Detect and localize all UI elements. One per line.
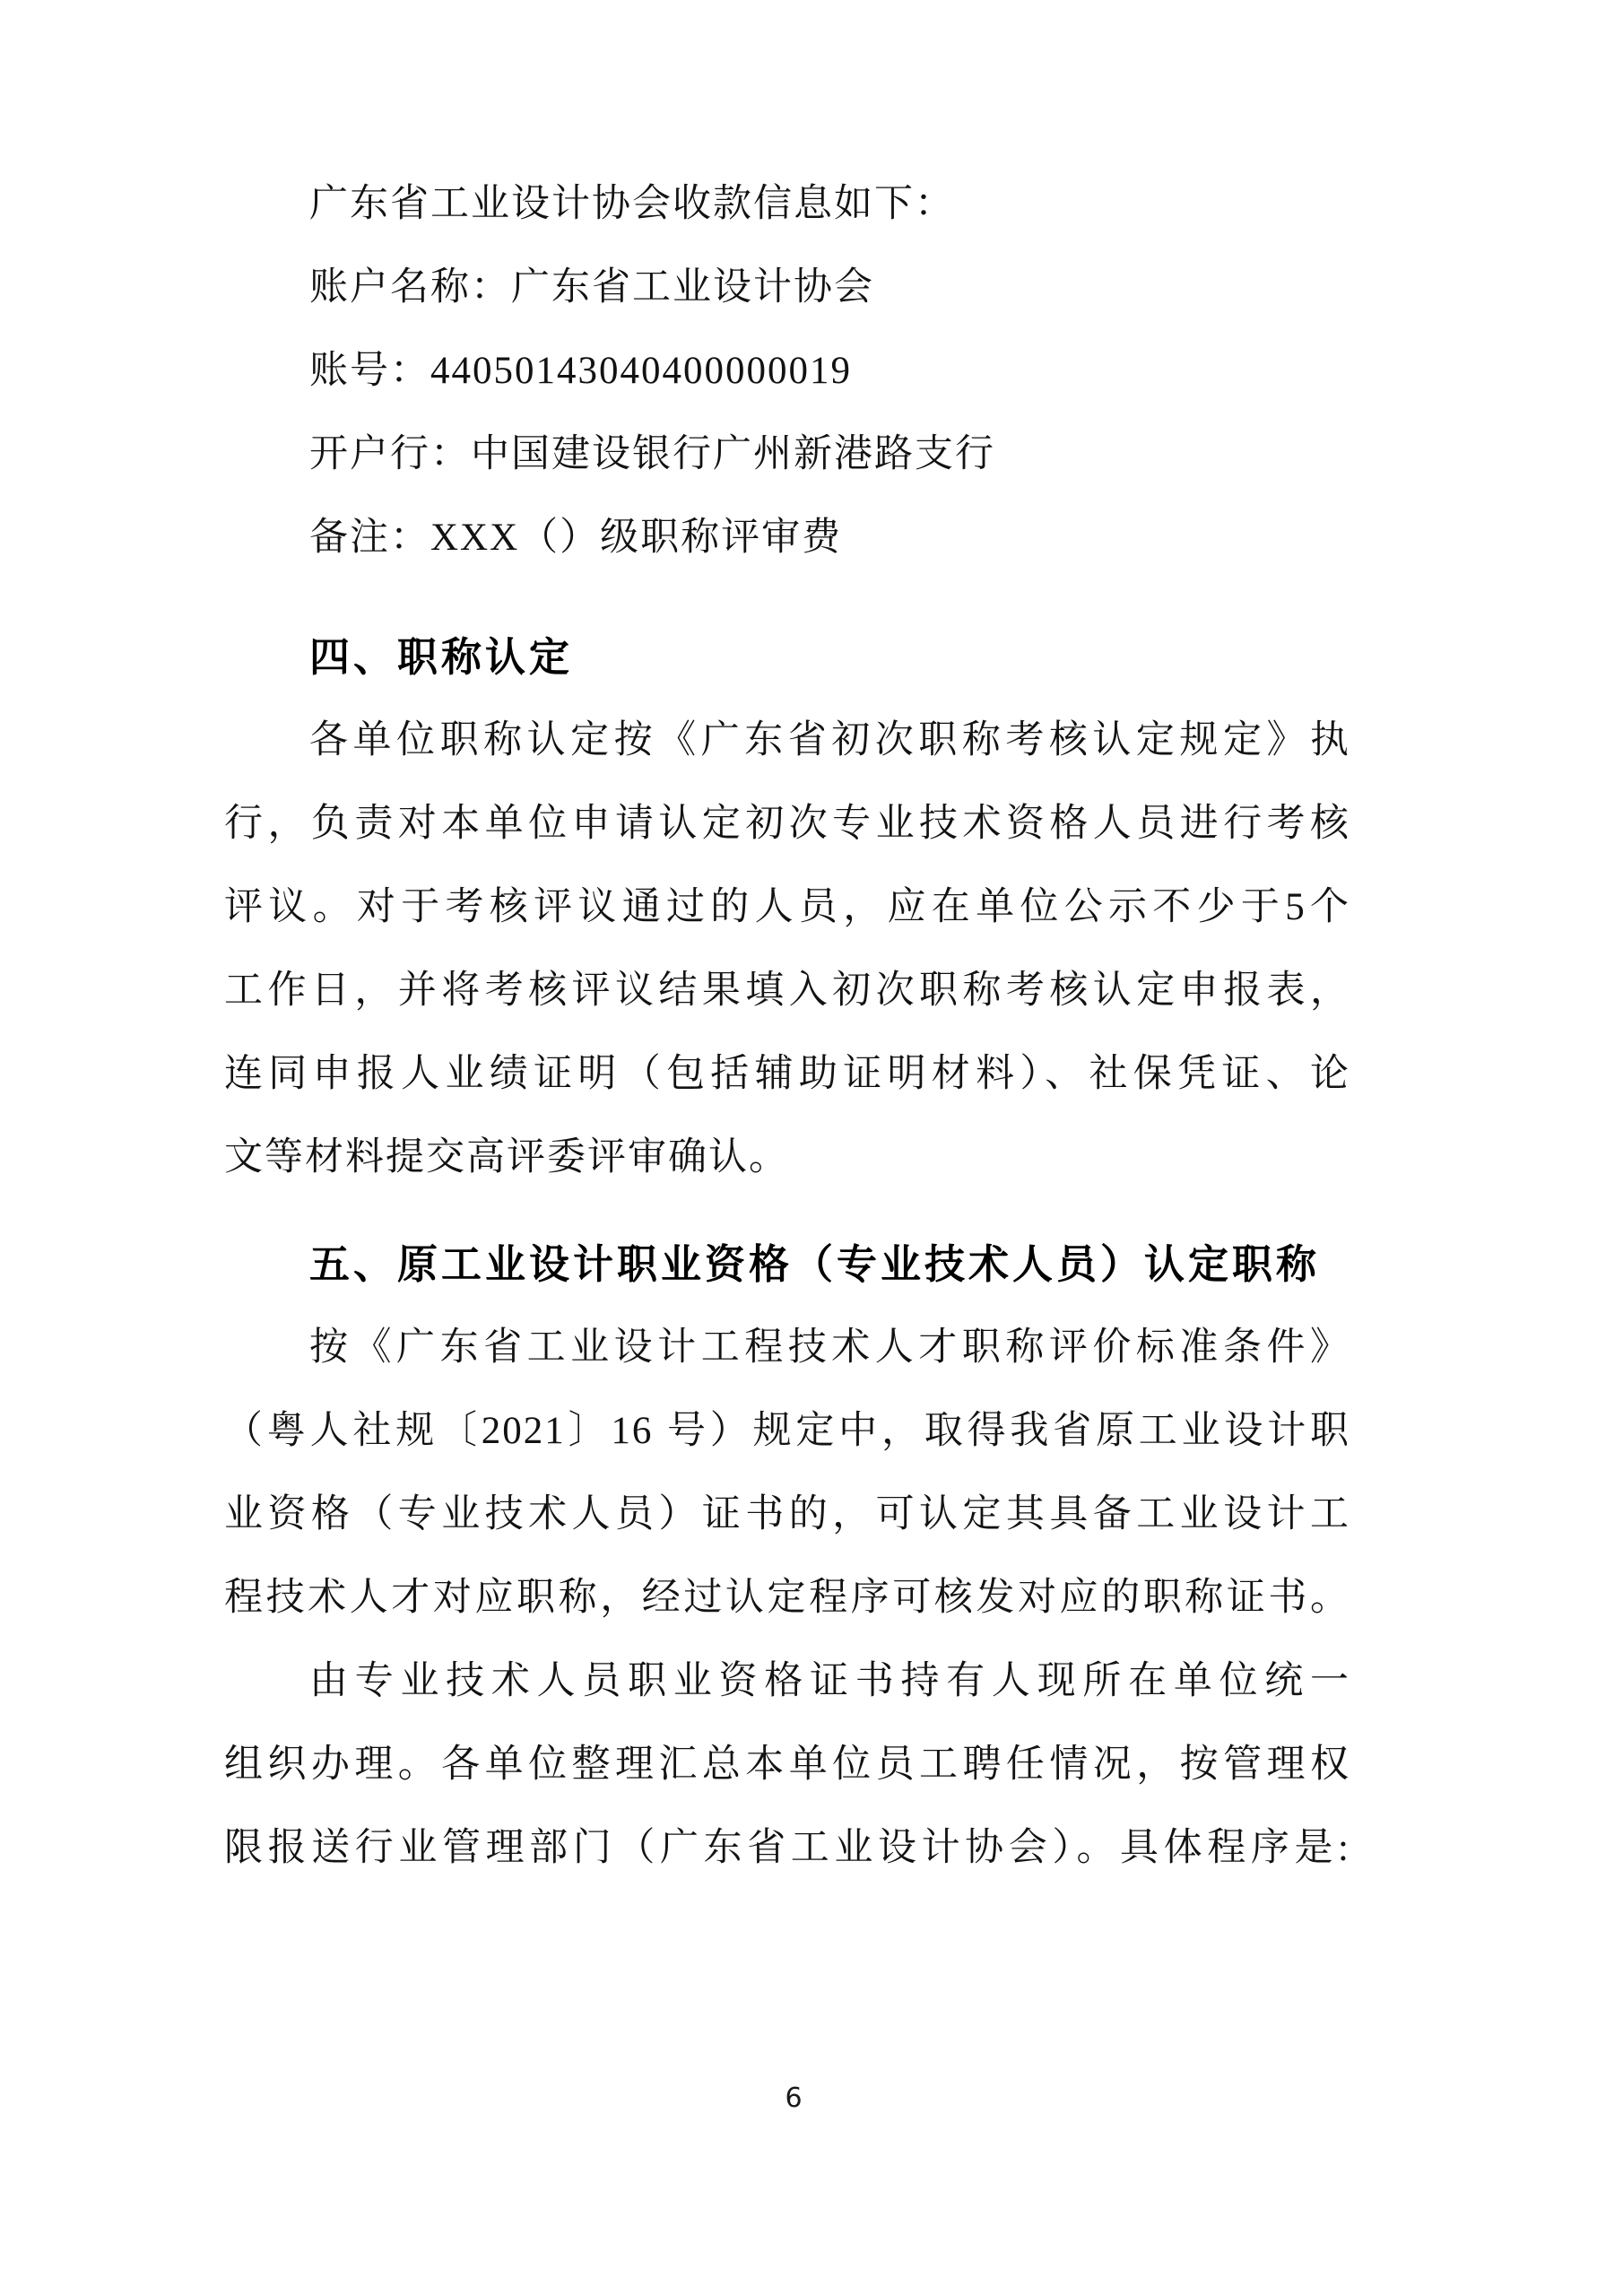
section-4-line-4: 工作日，并将考核评议结果填入初次职称考核认定申报表， — [224, 949, 1350, 1032]
text-column: 广东省工业设计协会收款信息如下： 账户名称：广东省工业设计协会 账号：44050… — [224, 162, 1350, 1890]
section-4-line-5: 连同申报人业绩证明（包括辅助证明材料）、社保凭证、论 — [224, 1032, 1350, 1116]
section-5-line-3: 业资格（专业技术人员）证书的，可认定其具备工业设计工 — [224, 1473, 1350, 1556]
page-number: 6 — [0, 2083, 1587, 2114]
section-5-line-5: 由专业技术人员职业资格证书持有人现所在单位统一 — [224, 1639, 1350, 1723]
section-5-line-4: 程技术人才对应职称，经过认定程序可核发对应的职称证书。 — [224, 1556, 1350, 1639]
document-page: 广东省工业设计协会收款信息如下： 账户名称：广东省工业设计协会 账号：44050… — [0, 0, 1623, 2296]
section-4-heading: 四、职称认定 — [224, 615, 1350, 699]
account-number-line: 账号：44050143040400000019 — [224, 329, 1350, 413]
section-4-line-1: 各单位职称认定按《广东省初次职称考核认定规定》执 — [224, 699, 1350, 782]
section-4-line-3: 评议。对于考核评议通过的人员，应在单位公示不少于5个 — [224, 865, 1350, 949]
section-4-line-2: 行，负责对本单位申请认定初次专业技术资格人员进行考核 — [224, 782, 1350, 865]
bank-branch-line: 开户行：中国建设银行广州新港路支行 — [224, 413, 1350, 496]
section-5-line-7: 限报送行业管理部门（广东省工业设计协会）。具体程序是: — [224, 1806, 1350, 1890]
section-5-line-6: 组织办理。各单位整理汇总本单位员工聘任情况，按管理权 — [224, 1723, 1350, 1806]
section-5-heading: 五、原工业设计职业资格（专业技术人员）认定职称 — [224, 1222, 1350, 1306]
section-5-line-2: （粤人社规〔2021〕16 号）规定中，取得我省原工业设计职 — [224, 1389, 1350, 1473]
payment-intro-line: 广东省工业设计协会收款信息如下： — [224, 162, 1350, 246]
remark-line: 备注：XXX（）级职称评审费 — [224, 496, 1350, 579]
section-4-line-6: 文等材料提交高评委评审确认。 — [224, 1116, 1350, 1199]
section-5-line-1: 按《广东省工业设计工程技术人才职称评价标准条件》 — [224, 1306, 1350, 1389]
account-name-line: 账户名称：广东省工业设计协会 — [224, 246, 1350, 329]
